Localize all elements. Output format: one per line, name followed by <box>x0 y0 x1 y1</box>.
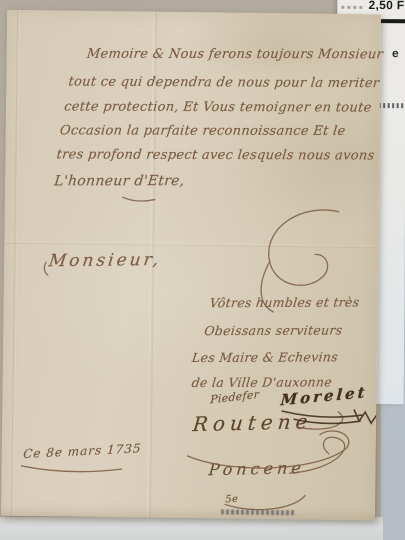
body-line-4: Occasion la parfaite reconnoissance Et l… <box>59 123 346 138</box>
closing-line-2: Obeissans serviteurs <box>204 322 344 338</box>
signature-routene: Routene <box>192 409 314 436</box>
body-line-5: tres profond respect avec lesquels nous … <box>56 147 376 163</box>
price-label: 2,50 F <box>368 0 404 12</box>
letter-sheet: Memoire & Nous ferons toujours Monsieur … <box>1 10 381 521</box>
signature-poncene: Poncene <box>208 458 306 479</box>
body-line-2: tout ce qui dependra de nous pour la mer… <box>68 74 381 91</box>
morelet-zigzag <box>354 410 377 423</box>
fold-crease-left <box>11 10 20 516</box>
body-line-3: cette protection, Et Vous temoigner en t… <box>63 99 372 115</box>
closing-line-1: Vôtres humbles et très <box>209 294 360 310</box>
secretary-mark: 5e <box>225 494 238 506</box>
faint-print-marks <box>341 6 363 9</box>
date-underline <box>21 466 121 472</box>
date-line: Ce 8e mars 1735 <box>23 441 142 461</box>
body-line-1: Memoire & Nous ferons toujours Monsieur <box>86 47 384 63</box>
catalog-margin-mark: e <box>392 46 399 60</box>
body-line-6: L'honneur d'Etre, <box>53 173 185 189</box>
signature-piedefer: Piedefer <box>210 388 259 407</box>
photo-of-manuscript-letter: 2,50 F e Memoire & Nous ferons toujours … <box>0 0 405 540</box>
fold-crease-horizontal <box>4 241 378 249</box>
salutation: Monsieur, <box>48 250 163 271</box>
faint-microprint-stamp <box>221 509 295 515</box>
closing-line-3: Les Maire & Echevins <box>191 349 339 365</box>
background-bottom-strip <box>0 517 383 540</box>
